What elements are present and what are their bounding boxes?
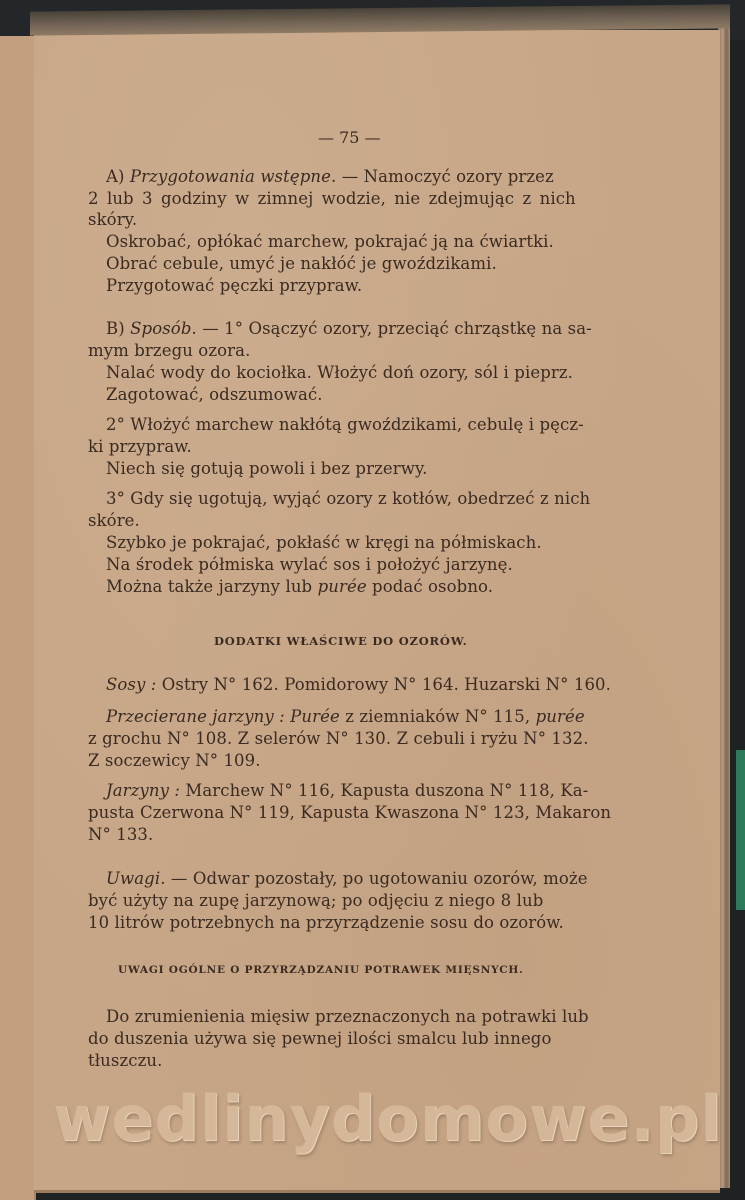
text-line: skóre. <box>88 510 140 532</box>
text-line: Przygotować pęczki przypraw. <box>106 275 362 297</box>
text-line: Oskrobać, opłókać marchew, pokrajać ją n… <box>106 231 554 253</box>
text-line: tłuszczu. <box>88 1050 162 1072</box>
text-line: mym brzegu ozora. <box>88 340 250 362</box>
previous-page-edge <box>0 36 36 1200</box>
text-line: Szybko je pokrajać, pokłaść w kręgi na p… <box>106 532 542 554</box>
text-line: Niech się gotują powoli i bez przerwy. <box>106 458 428 480</box>
text-line: pusta Czerwona N° 119, Kapusta Kwaszona … <box>88 802 611 824</box>
sosy-text: Ostry N° 162. Pomidorowy N° 164. Huzarsk… <box>162 675 611 694</box>
text-line: 10 litrów potrzebnych na przyrządzenie s… <box>88 912 564 934</box>
page-number: — 75 — <box>318 128 381 147</box>
heading-dodatki: DODATKI WŁAŚCIWE DO OZORÓW. <box>214 634 467 648</box>
text-line: Można także jarzyny lub purée podać osob… <box>106 576 493 598</box>
text-span: — 1° Osączyć ozory, przeciąć chrząstkę n… <box>202 319 592 338</box>
section-a-line-1: A) Przygotowania wstępne. — Namoczyć ozo… <box>106 166 554 188</box>
text-line: 2° Włożyć marchew nakłótą gwoździkami, c… <box>106 414 584 436</box>
text-line: z grochu N° 108. Z selerów N° 130. Z ceb… <box>88 728 589 750</box>
text-span: Marchew N° 116, Kapusta duszona N° 118, … <box>185 781 588 800</box>
text-line: Na środek półmiska wylać sos i położyć j… <box>106 554 513 576</box>
text-span-italic: Purée <box>290 707 340 726</box>
text-span: — Namoczyć ozory przez <box>342 167 554 186</box>
sosy-label: Sosy : <box>106 675 156 694</box>
text-line: N° 133. <box>88 824 153 846</box>
book-cover-edge <box>736 750 745 910</box>
section-a-label: A) <box>106 167 125 186</box>
section-b-line-1: B) Sposób. — 1° Osączyć ozory, przeciąć … <box>106 318 592 340</box>
section-a-title: Przygotowania wstępne. <box>130 167 336 186</box>
text-span: — Odwar pozostały, po ugotowaniu ozorów,… <box>171 869 588 888</box>
text-line: skóry. <box>88 209 137 231</box>
text-line: Obrać cebule, umyć je nakłóć je gwoździk… <box>106 253 497 275</box>
uwagi-line-1: Uwagi. — Odwar pozostały, po ugotowaniu … <box>106 868 588 890</box>
text-line: Zagotować, odszumować. <box>106 384 323 406</box>
text-span: podać osobno. <box>372 577 493 596</box>
text-span-italic: purée <box>536 707 585 726</box>
text-line: ki przypraw. <box>88 436 192 458</box>
text-line: Do zrumienienia mięsiw przeznaczonych na… <box>106 1006 589 1028</box>
heading-uwagi-ogolne: UWAGI OGÓLNE O PRZYRZĄDZANIU POTRAWEK MI… <box>118 964 524 976</box>
text-span: z ziemniaków N° 115, <box>345 707 530 726</box>
przecierane-line-1: Przecierane jarzyny : Purée z ziemniaków… <box>106 706 585 728</box>
text-line: być użyty na zupę jarzynową; po odjęciu … <box>88 890 543 912</box>
przecierane-label: Przecierane jarzyny : <box>106 707 285 726</box>
uwagi-label: Uwagi. <box>106 869 166 888</box>
text-line: 2 lub 3 godziny w zimnej wodzie, nie zde… <box>88 188 576 210</box>
text-line: 3° Gdy się ugotują, wyjąć ozory z kotłów… <box>106 488 590 510</box>
jarzyny-label: Jarzyny : <box>106 781 180 800</box>
jarzyny-line-1: Jarzyny : Marchew N° 116, Kapusta duszon… <box>106 780 588 802</box>
text-line: do duszenia używa się pewnej ilości smal… <box>88 1028 552 1050</box>
sosy-line: Sosy : Ostry N° 162. Pomidorowy N° 164. … <box>106 674 611 696</box>
text-line: Nalać wody do kociołka. Włożyć doń ozory… <box>106 362 573 384</box>
text-span-italic: purée <box>318 577 367 596</box>
watermark: wedlinydomowe.pl <box>53 1082 722 1155</box>
section-b-label: B) <box>106 319 125 338</box>
text-line: Z soczewicy N° 109. <box>88 750 261 772</box>
text-span: Można także jarzyny lub <box>106 577 312 596</box>
section-b-title: Sposób. <box>130 319 197 338</box>
